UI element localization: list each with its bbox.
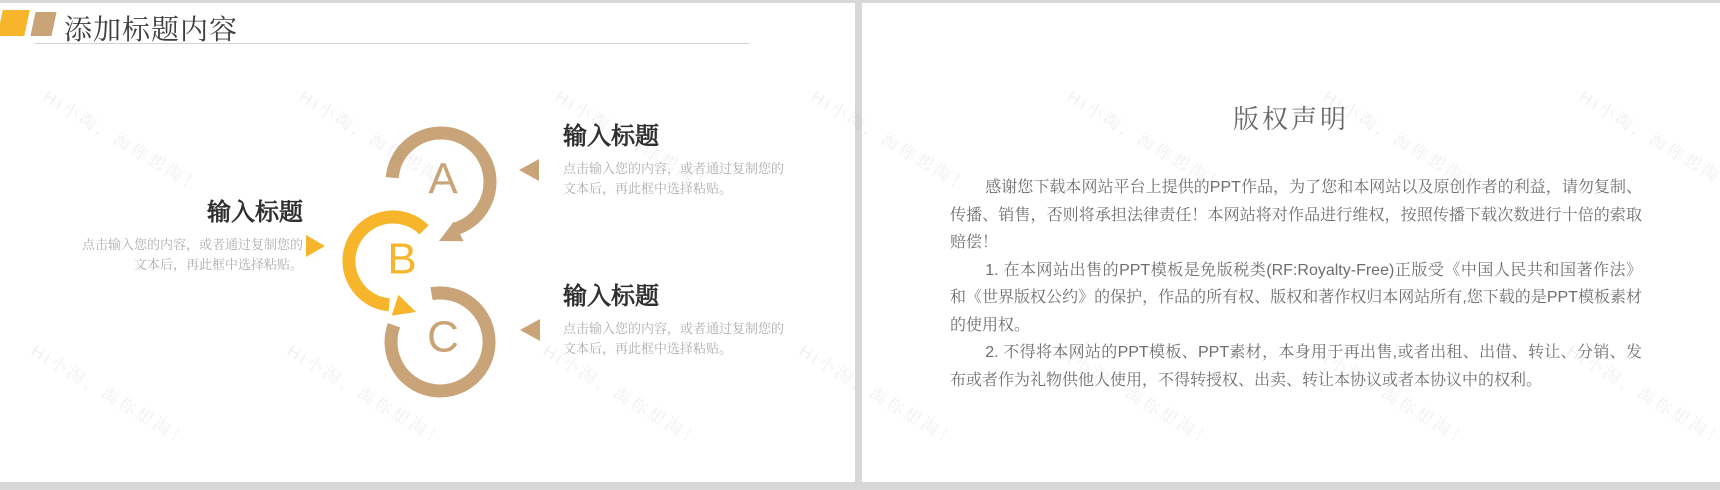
slide-left: 添加标题内容 A B C 输入标题 点击输入您的内容，或者通过复制您的文本后，再… xyxy=(0,3,855,482)
pointer-triangle-c-icon xyxy=(520,319,540,341)
text-block-c-desc: 点击输入您的内容，或者通过复制您的文本后，再此框中选择粘贴。 xyxy=(563,319,795,359)
header-accent-parallelogram-tan xyxy=(30,12,56,36)
text-block-b-desc: 点击输入您的内容，或者通过复制您的文本后，再此框中选择粘贴。 xyxy=(71,235,303,275)
ring-a-letter: A xyxy=(428,155,458,204)
ring-b-arrowhead-icon xyxy=(392,295,420,323)
copyright-paragraph: 2. 不得将本网站的PPT模板、PPT素材，本身用于再出售,或者出租、出借、转让… xyxy=(950,339,1642,394)
text-block-a-desc: 点击输入您的内容，或者通过复制您的文本后，再此框中选择粘贴。 xyxy=(563,159,795,199)
header-divider xyxy=(34,43,750,44)
text-block-a-title: 输入标题 xyxy=(563,121,795,153)
pointer-triangle-b-icon xyxy=(306,235,325,257)
ring-b-letter: B xyxy=(387,235,416,284)
text-block-a: 输入标题 点击输入您的内容，或者通过复制您的文本后，再此框中选择粘贴。 xyxy=(563,121,795,199)
abc-cycle-diagram: A B C xyxy=(330,99,520,409)
slide-title: 添加标题内容 xyxy=(64,8,238,48)
copyright-paragraph: 1. 在本网站出售的PPT模板是免版税类(RF:Royalty-Free)正版受… xyxy=(950,257,1642,340)
text-block-b: 输入标题 点击输入您的内容，或者通过复制您的文本后，再此框中选择粘贴。 xyxy=(71,197,303,275)
text-block-c: 输入标题 点击输入您的内容，或者通过复制您的文本后，再此框中选择粘贴。 xyxy=(563,281,795,359)
ring-c-letter: C xyxy=(427,313,459,362)
copyright-title: 版权声明 xyxy=(862,99,1720,136)
text-block-c-title: 输入标题 xyxy=(563,281,795,313)
copyright-body: 感谢您下载本网站平台上提供的PPT作品，为了您和本网站以及原创作者的利益，请勿复… xyxy=(950,174,1642,394)
header-accent-parallelogram-yellow xyxy=(0,10,30,36)
pointer-triangle-a-icon xyxy=(519,159,539,181)
text-block-b-title: 输入标题 xyxy=(71,197,303,229)
copyright-paragraph: 感谢您下载本网站平台上提供的PPT作品，为了您和本网站以及原创作者的利益，请勿复… xyxy=(950,174,1642,257)
slide-right: 版权声明 感谢您下载本网站平台上提供的PPT作品，为了您和本网站以及原创作者的利… xyxy=(862,3,1720,482)
slide-preview-canvas: 添加标题内容 A B C 输入标题 点击输入您的内容，或者通过复制您的文本后，再… xyxy=(0,0,1720,490)
